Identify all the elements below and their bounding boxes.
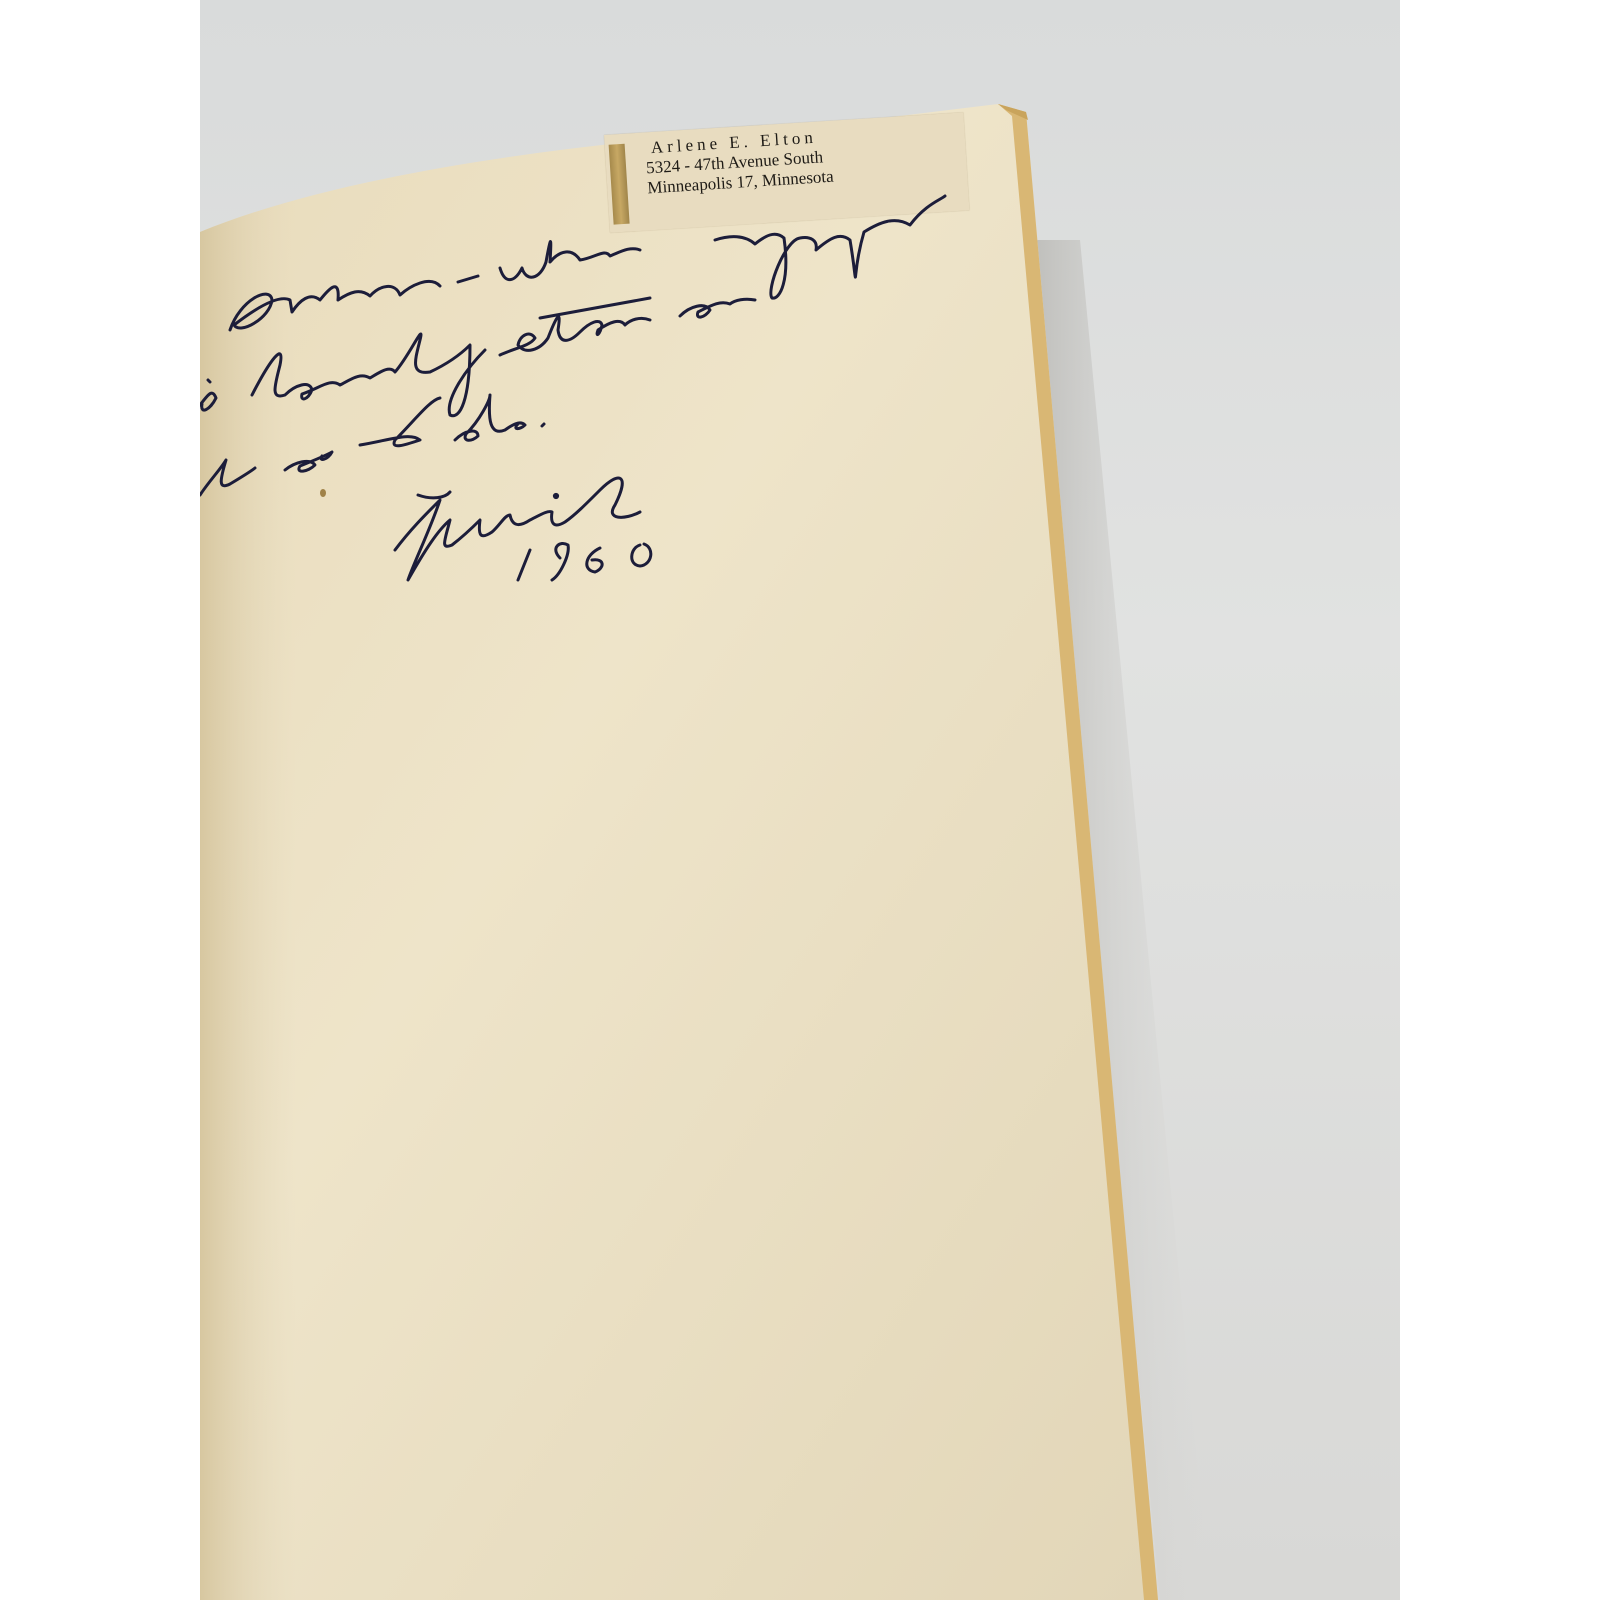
photo-frame: Arlene E. Elton 5324 - 47th Avenue South… [200,0,1400,1600]
year [518,550,530,580]
handwritten-inscription [200,0,1400,1600]
ink-line-1 [230,281,440,330]
ink-line-2 [200,380,216,410]
ink-line-1b [500,242,640,280]
ink-line-3 [200,460,255,495]
